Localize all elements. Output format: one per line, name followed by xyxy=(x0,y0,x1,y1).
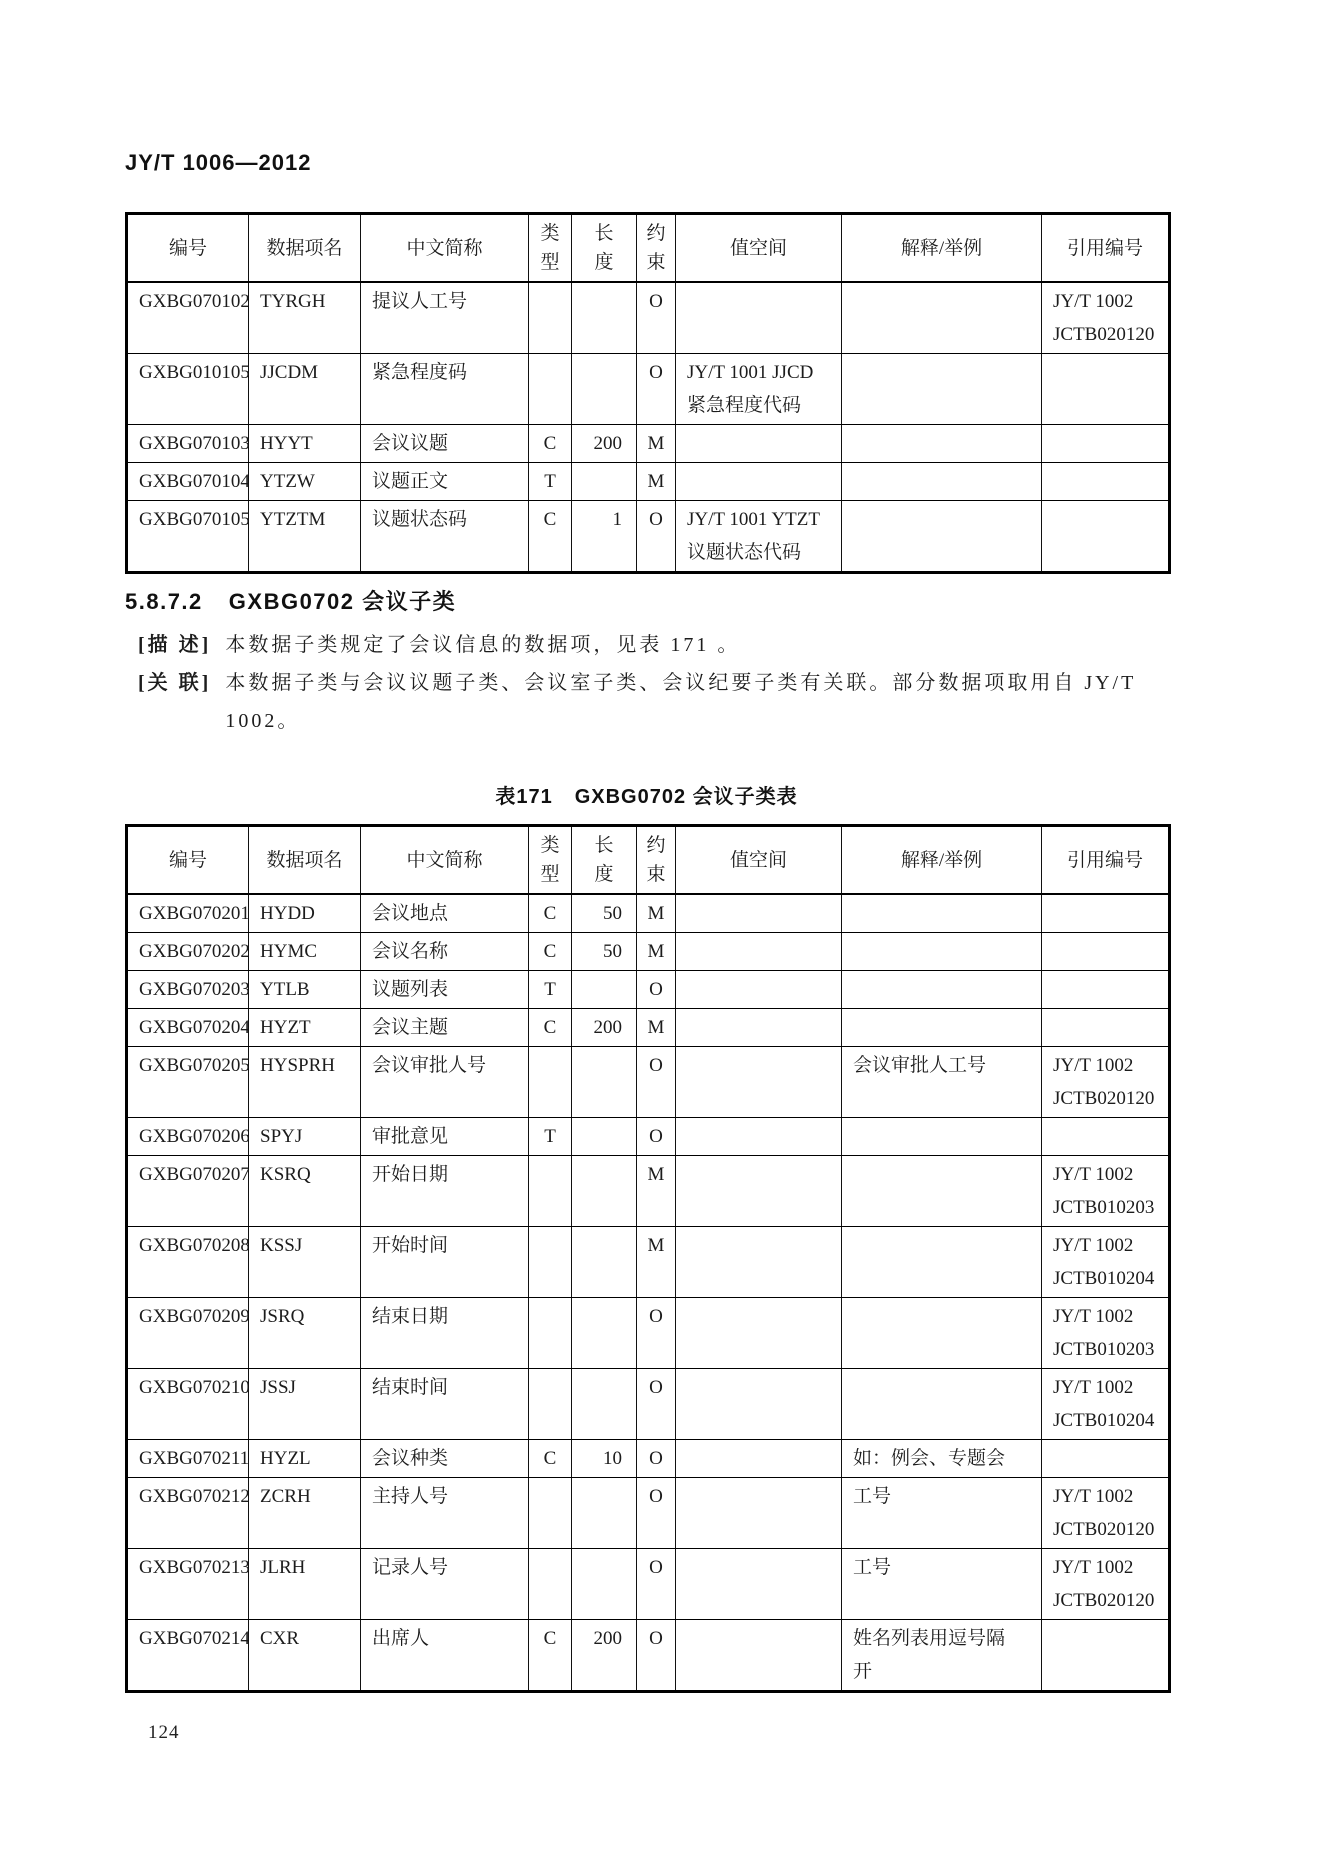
cell-len xyxy=(572,354,637,425)
column-header: 解释/举例 xyxy=(842,826,1042,895)
cell-value_space xyxy=(676,933,842,971)
cell-type: C xyxy=(529,1009,572,1047)
column-header: 长 度 xyxy=(572,826,637,895)
column-header: 约 束 xyxy=(637,214,676,283)
cell-name: JSSJ xyxy=(249,1369,361,1440)
column-header: 中文简称 xyxy=(361,214,529,283)
cell-type xyxy=(529,1478,572,1549)
cell-explain xyxy=(842,1009,1042,1047)
table-row: GXBG070105YTZTM议题状态码C1OJY/T 1001 YTZT 议题… xyxy=(127,501,1170,573)
cell-type: C xyxy=(529,933,572,971)
cell-name: YTZW xyxy=(249,463,361,501)
cell-ref: JY/T 1002 JCTB010203 xyxy=(1042,1298,1170,1369)
cell-cn: 会议审批人号 xyxy=(361,1047,529,1118)
column-header: 值空间 xyxy=(676,214,842,283)
column-header: 长 度 xyxy=(572,214,637,283)
cell-value_space xyxy=(676,1156,842,1227)
cell-cn: 结束日期 xyxy=(361,1298,529,1369)
cell-cn: 主持人号 xyxy=(361,1478,529,1549)
cell-name: YTZTM xyxy=(249,501,361,573)
table-row: GXBG070104YTZW议题正文TM xyxy=(127,463,1170,501)
table-row: GXBG070204HYZT会议主题C200M xyxy=(127,1009,1170,1047)
cell-len: 200 xyxy=(572,425,637,463)
cell-ref: JY/T 1002 JCTB010203 xyxy=(1042,1156,1170,1227)
cell-explain xyxy=(842,971,1042,1009)
cell-constraint: O xyxy=(637,1478,676,1549)
table-row: GXBG070207KSRQ开始日期MJY/T 1002 JCTB010203 xyxy=(127,1156,1170,1227)
cell-ref xyxy=(1042,1620,1170,1692)
cell-ref xyxy=(1042,1118,1170,1156)
cell-constraint: O xyxy=(637,1620,676,1692)
cell-constraint: O xyxy=(637,1047,676,1118)
column-header: 引用编号 xyxy=(1042,826,1170,895)
section-title: GXBG0702 会议子类 xyxy=(229,589,456,614)
table-row: GXBG070206SPYJ审批意见TO xyxy=(127,1118,1170,1156)
cell-value_space xyxy=(676,1118,842,1156)
table-row: GXBG070208KSSJ开始时间MJY/T 1002 JCTB010204 xyxy=(127,1227,1170,1298)
column-header: 解释/举例 xyxy=(842,214,1042,283)
cell-explain xyxy=(842,501,1042,573)
cell-cn: 会议名称 xyxy=(361,933,529,971)
cell-name: JLRH xyxy=(249,1549,361,1620)
cell-ref xyxy=(1042,1009,1170,1047)
cell-id: GXBG070204 xyxy=(127,1009,249,1047)
cell-id: GXBG070214 xyxy=(127,1620,249,1692)
cell-ref xyxy=(1042,933,1170,971)
cell-name: KSRQ xyxy=(249,1156,361,1227)
cell-id: GXBG070207 xyxy=(127,1156,249,1227)
relation-text: 本数据子类与会议议题子类、会议室子类、会议纪要子类有关联。部分数据项取用自 JY… xyxy=(225,664,1136,740)
cell-id: GXBG070104 xyxy=(127,463,249,501)
cell-ref xyxy=(1042,425,1170,463)
header-row: 编号数据项名中文简称类 型长 度约 束值空间解释/举例引用编号 xyxy=(127,826,1170,895)
cell-cn: 开始日期 xyxy=(361,1156,529,1227)
document-page: JY/T 1006—2012 编号数据项名中文简称类 型长 度约 束值空间解释/… xyxy=(0,0,1323,1871)
cell-ref xyxy=(1042,894,1170,933)
cell-ref: JY/T 1002 JCTB010204 xyxy=(1042,1369,1170,1440)
description-text: 本数据子类规定了会议信息的数据项，见表 171 。 xyxy=(225,626,740,664)
cell-cn: 记录人号 xyxy=(361,1549,529,1620)
column-header: 类 型 xyxy=(529,826,572,895)
cell-constraint: O xyxy=(637,1369,676,1440)
cell-ref xyxy=(1042,1440,1170,1478)
cell-cn: 会议议题 xyxy=(361,425,529,463)
cell-cn: 出席人 xyxy=(361,1620,529,1692)
cell-name: HYSPRH xyxy=(249,1047,361,1118)
cell-len: 200 xyxy=(572,1009,637,1047)
cell-explain xyxy=(842,1118,1042,1156)
cell-len xyxy=(572,971,637,1009)
cell-ref: JY/T 1002 JCTB010204 xyxy=(1042,1227,1170,1298)
cell-name: CXR xyxy=(249,1620,361,1692)
cell-type xyxy=(529,1298,572,1369)
cell-value_space xyxy=(676,971,842,1009)
cell-len: 10 xyxy=(572,1440,637,1478)
cell-explain xyxy=(842,1298,1042,1369)
cell-cn: 审批意见 xyxy=(361,1118,529,1156)
cell-name: SPYJ xyxy=(249,1118,361,1156)
cell-explain: 工号 xyxy=(842,1478,1042,1549)
cell-len xyxy=(572,1478,637,1549)
cell-type xyxy=(529,1549,572,1620)
cell-constraint: O xyxy=(637,1298,676,1369)
cell-cn: 结束时间 xyxy=(361,1369,529,1440)
cell-cn: 议题状态码 xyxy=(361,501,529,573)
description-label: [描 述] xyxy=(138,626,211,664)
header-row: 编号数据项名中文简称类 型长 度约 束值空间解释/举例引用编号 xyxy=(127,214,1170,283)
cell-name: HYZT xyxy=(249,1009,361,1047)
data-items-table-previous: 编号数据项名中文简称类 型长 度约 束值空间解释/举例引用编号GXBG07010… xyxy=(125,212,1171,574)
cell-cn: 议题正文 xyxy=(361,463,529,501)
cell-type xyxy=(529,1369,572,1440)
cell-ref xyxy=(1042,354,1170,425)
cell-ref: JY/T 1002 JCTB020120 xyxy=(1042,1047,1170,1118)
cell-value_space xyxy=(676,463,842,501)
cell-type xyxy=(529,1156,572,1227)
cell-name: JSRQ xyxy=(249,1298,361,1369)
table-row: GXBG010105JJCDM紧急程度码OJY/T 1001 JJCD 紧急程度… xyxy=(127,354,1170,425)
cell-id: GXBG070206 xyxy=(127,1118,249,1156)
table-row: GXBG070209JSRQ结束日期OJY/T 1002 JCTB010203 xyxy=(127,1298,1170,1369)
cell-cn: 会议主题 xyxy=(361,1009,529,1047)
cell-cn: 议题列表 xyxy=(361,971,529,1009)
cell-constraint: M xyxy=(637,425,676,463)
cell-type xyxy=(529,1227,572,1298)
cell-len xyxy=(572,1156,637,1227)
cell-explain xyxy=(842,463,1042,501)
cell-constraint: O xyxy=(637,1549,676,1620)
cell-type: C xyxy=(529,1620,572,1692)
cell-explain xyxy=(842,1156,1042,1227)
column-header: 值空间 xyxy=(676,826,842,895)
cell-cn: 会议种类 xyxy=(361,1440,529,1478)
cell-constraint: M xyxy=(637,933,676,971)
page-number: 124 xyxy=(148,1722,180,1744)
table-row: GXBG070103HYYT会议议题C200M xyxy=(127,425,1170,463)
cell-len xyxy=(572,1227,637,1298)
column-header: 编号 xyxy=(127,826,249,895)
section-number: 5.8.7.2 xyxy=(125,589,203,614)
cell-len xyxy=(572,1298,637,1369)
cell-len xyxy=(572,1047,637,1118)
table171-number: 表171 xyxy=(495,786,552,808)
cell-len: 50 xyxy=(572,933,637,971)
cell-name: YTLB xyxy=(249,971,361,1009)
cell-type xyxy=(529,1047,572,1118)
cell-name: HYDD xyxy=(249,894,361,933)
cell-id: GXBG070208 xyxy=(127,1227,249,1298)
cell-id: GXBG070203 xyxy=(127,971,249,1009)
cell-value_space: JY/T 1001 YTZT 议题状态代码 xyxy=(676,501,842,573)
cell-explain: 工号 xyxy=(842,1549,1042,1620)
cell-name: KSSJ xyxy=(249,1227,361,1298)
cell-constraint: M xyxy=(637,894,676,933)
table171-name: GXBG0702 会议子类表 xyxy=(575,786,798,808)
table-row: GXBG070214CXR出席人C200O姓名列表用逗号隔 开 xyxy=(127,1620,1170,1692)
cell-len: 50 xyxy=(572,894,637,933)
cell-value_space xyxy=(676,425,842,463)
column-header: 中文简称 xyxy=(361,826,529,895)
section-heading: 5.8.7.2GXBG0702 会议子类 xyxy=(125,585,456,616)
cell-name: JJCDM xyxy=(249,354,361,425)
cell-explain xyxy=(842,1227,1042,1298)
cell-value_space xyxy=(676,282,842,354)
column-header: 引用编号 xyxy=(1042,214,1170,283)
cell-value_space xyxy=(676,1440,842,1478)
cell-len xyxy=(572,282,637,354)
cell-id: GXBG070209 xyxy=(127,1298,249,1369)
relation-label: [关 联] xyxy=(138,664,211,702)
cell-constraint: O xyxy=(637,971,676,1009)
cell-len xyxy=(572,463,637,501)
cell-value_space xyxy=(676,1478,842,1549)
cell-len: 1 xyxy=(572,501,637,573)
cell-type xyxy=(529,354,572,425)
cell-type: C xyxy=(529,894,572,933)
cell-constraint: O xyxy=(637,501,676,573)
cell-type: C xyxy=(529,425,572,463)
table-row: GXBG070102TYRGH提议人工号OJY/T 1002 JCTB02012… xyxy=(127,282,1170,354)
cell-id: GXBG070210 xyxy=(127,1369,249,1440)
doc-standard-number: JY/T 1006—2012 xyxy=(125,150,311,176)
cell-name: TYRGH xyxy=(249,282,361,354)
cell-id: GXBG070105 xyxy=(127,501,249,573)
cell-explain: 姓名列表用逗号隔 开 xyxy=(842,1620,1042,1692)
table-row: GXBG070202HYMC会议名称C50M xyxy=(127,933,1170,971)
column-header: 数据项名 xyxy=(249,826,361,895)
cell-value_space: JY/T 1001 JJCD 紧急程度代码 xyxy=(676,354,842,425)
cell-name: HYZL xyxy=(249,1440,361,1478)
cell-ref xyxy=(1042,971,1170,1009)
cell-type: T xyxy=(529,971,572,1009)
cell-len xyxy=(572,1118,637,1156)
cell-id: GXBG070213 xyxy=(127,1549,249,1620)
cell-type: T xyxy=(529,463,572,501)
column-header: 数据项名 xyxy=(249,214,361,283)
cell-ref: JY/T 1002 JCTB020120 xyxy=(1042,282,1170,354)
cell-value_space xyxy=(676,1047,842,1118)
table-row: GXBG070203YTLB议题列表TO xyxy=(127,971,1170,1009)
cell-constraint: M xyxy=(637,1227,676,1298)
cell-len: 200 xyxy=(572,1620,637,1692)
cell-ref xyxy=(1042,501,1170,573)
cell-cn: 会议地点 xyxy=(361,894,529,933)
table-row: GXBG070213JLRH记录人号O工号JY/T 1002 JCTB02012… xyxy=(127,1549,1170,1620)
cell-len xyxy=(572,1549,637,1620)
table-row: GXBG070210JSSJ结束时间OJY/T 1002 JCTB010204 xyxy=(127,1369,1170,1440)
cell-cn: 开始时间 xyxy=(361,1227,529,1298)
table171-title: 表171GXBG0702 会议子类表 xyxy=(125,780,1168,809)
cell-constraint: M xyxy=(637,1009,676,1047)
cell-cn: 提议人工号 xyxy=(361,282,529,354)
column-header: 编号 xyxy=(127,214,249,283)
cell-explain xyxy=(842,1369,1042,1440)
cell-type: T xyxy=(529,1118,572,1156)
cell-type xyxy=(529,282,572,354)
cell-constraint: O xyxy=(637,354,676,425)
cell-value_space xyxy=(676,1227,842,1298)
cell-id: GXBG070102 xyxy=(127,282,249,354)
cell-id: GXBG070205 xyxy=(127,1047,249,1118)
cell-explain: 会议审批人工号 xyxy=(842,1047,1042,1118)
cell-id: GXBG070211 xyxy=(127,1440,249,1478)
relation-paragraph: [关 联] 本数据子类与会议议题子类、会议室子类、会议纪要子类有关联。部分数据项… xyxy=(138,664,1178,740)
cell-explain xyxy=(842,425,1042,463)
cell-len xyxy=(572,1369,637,1440)
cell-explain xyxy=(842,894,1042,933)
cell-constraint: O xyxy=(637,1118,676,1156)
cell-value_space xyxy=(676,1620,842,1692)
cell-cn: 紧急程度码 xyxy=(361,354,529,425)
column-header: 约 束 xyxy=(637,826,676,895)
cell-name: HYYT xyxy=(249,425,361,463)
cell-constraint: M xyxy=(637,463,676,501)
cell-id: GXBG070202 xyxy=(127,933,249,971)
cell-type: C xyxy=(529,1440,572,1478)
cell-id: GXBG070103 xyxy=(127,425,249,463)
cell-value_space xyxy=(676,1009,842,1047)
data-items-table-171: 编号数据项名中文简称类 型长 度约 束值空间解释/举例引用编号GXBG07020… xyxy=(125,824,1171,1693)
cell-id: GXBG010105 xyxy=(127,354,249,425)
cell-value_space xyxy=(676,1298,842,1369)
cell-id: GXBG070201 xyxy=(127,894,249,933)
cell-constraint: M xyxy=(637,1156,676,1227)
table-row: GXBG070205HYSPRH会议审批人号O会议审批人工号JY/T 1002 … xyxy=(127,1047,1170,1118)
description-paragraph: [描 述] 本数据子类规定了会议信息的数据项，见表 171 。 xyxy=(138,626,1178,664)
cell-explain xyxy=(842,282,1042,354)
cell-value_space xyxy=(676,894,842,933)
cell-type: C xyxy=(529,501,572,573)
column-header: 类 型 xyxy=(529,214,572,283)
cell-ref: JY/T 1002 JCTB020120 xyxy=(1042,1478,1170,1549)
cell-ref: JY/T 1002 JCTB020120 xyxy=(1042,1549,1170,1620)
cell-explain: 如：例会、专题会 xyxy=(842,1440,1042,1478)
cell-id: GXBG070212 xyxy=(127,1478,249,1549)
table-row: GXBG070201HYDD会议地点C50M xyxy=(127,894,1170,933)
table-row: GXBG070211HYZL会议种类C10O如：例会、专题会 xyxy=(127,1440,1170,1478)
cell-value_space xyxy=(676,1549,842,1620)
cell-explain xyxy=(842,354,1042,425)
cell-constraint: O xyxy=(637,1440,676,1478)
cell-explain xyxy=(842,933,1042,971)
cell-name: HYMC xyxy=(249,933,361,971)
cell-constraint: O xyxy=(637,282,676,354)
cell-name: ZCRH xyxy=(249,1478,361,1549)
cell-ref xyxy=(1042,463,1170,501)
cell-value_space xyxy=(676,1369,842,1440)
table-row: GXBG070212ZCRH主持人号O工号JY/T 1002 JCTB02012… xyxy=(127,1478,1170,1549)
